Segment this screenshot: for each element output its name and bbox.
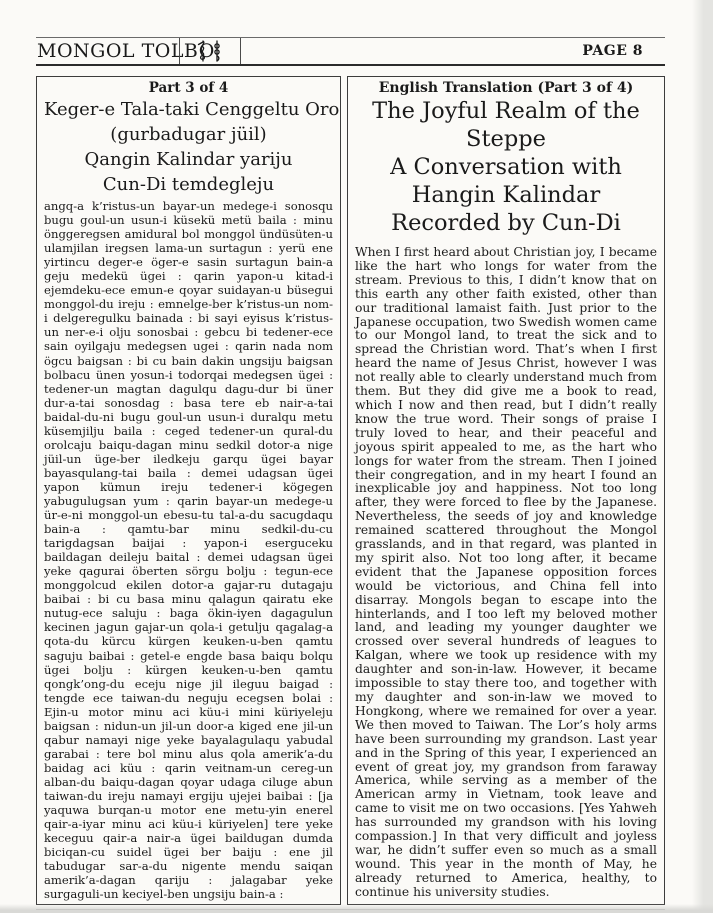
masthead-band: MONGOL TOLBO PAGE 8 [36,37,665,66]
scanned-page: MONGOL TOLBO PAGE 8 Part 3 of 4 Keger-e … [0,0,713,913]
english-title-line: A Conversation with [355,153,657,181]
mongolian-article: Part 3 of 4 Keger-e Tala-taki Cenggeltu … [36,76,341,905]
mongol-script-icon [193,40,227,62]
english-part-label: English Translation (Part 3 of 4) [355,80,657,97]
english-article: English Translation (Part 3 of 4) The Jo… [347,76,665,905]
mongolian-title-line: Qangin Kalindar yariju [44,147,333,172]
page-number: PAGE 8 [241,38,665,64]
english-title-line: Steppe [355,125,657,153]
english-title-line: Recorded by Cun-Di [355,209,657,237]
english-title-line: The Joyful Realm of the [355,97,657,125]
mongolian-part-label: Part 3 of 4 [44,80,333,97]
article-columns: Part 3 of 4 Keger-e Tala-taki Cenggeltu … [36,76,665,905]
masthead-title: MONGOL TOLBO [36,38,179,64]
scan-edge-bottom [0,904,713,913]
english-title-line: Hangin Kalindar [355,181,657,209]
mongolian-title-line: (gurbadugar jüil) [44,122,333,147]
scan-edge-right [692,0,713,913]
masthead-logo-cell [179,38,241,64]
mongolian-title-line: Keger-e Tala-taki Cenggeltu Oron [44,97,333,122]
mongolian-title-line: Cun-Di temdegleju [44,172,333,197]
english-body-text: When I first heard about Christian joy, … [355,246,657,900]
mongolian-body-text: angq-a k’ristus-un bayar-un medege-i son… [44,199,333,901]
